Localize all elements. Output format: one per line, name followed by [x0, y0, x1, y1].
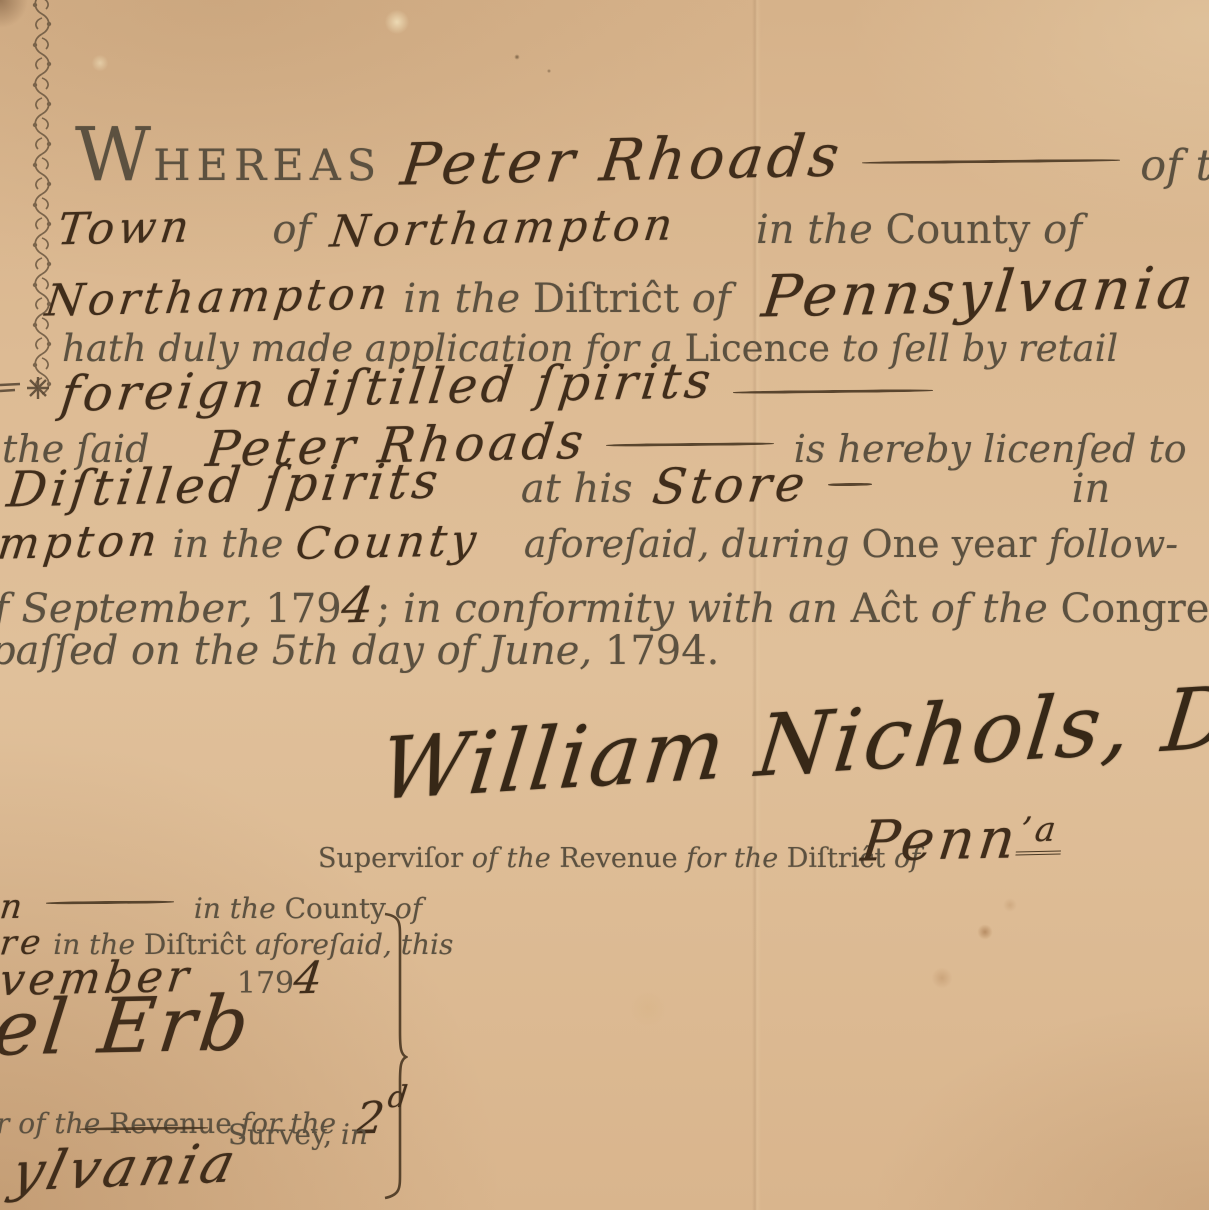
inked-dash	[733, 389, 933, 394]
text-segment: in the	[194, 892, 285, 925]
text-segment: in	[341, 1118, 368, 1151]
text-segment: September,	[22, 586, 266, 632]
asterisk-ornament	[0, 368, 62, 408]
text-segment: in conformity with	[403, 586, 788, 632]
inked-dash	[862, 158, 1120, 164]
penn-abbreviation: Penn’a	[862, 812, 1064, 871]
inked-dash	[80, 1126, 208, 1130]
text-segment: paſſed on the 5th day of	[0, 628, 488, 674]
text-segment: at his	[521, 466, 633, 512]
document-line-store: Diſtilled ſpiritsat hisStorein	[8, 460, 1110, 511]
text-segment: Survey,	[228, 1118, 341, 1151]
text-segment: County	[285, 892, 395, 925]
text-segment: aforeſaid, during	[524, 522, 862, 566]
text-segment: Penn	[858, 810, 1022, 872]
text-segment: of	[272, 207, 311, 253]
inked-dash	[828, 482, 872, 485]
text-segment: Pennsylvania	[759, 257, 1200, 327]
text-segment: Aĉt	[851, 586, 931, 632]
inked-dash	[606, 442, 774, 447]
text-segment: Town	[55, 205, 195, 254]
signature-erb: el Erb	[0, 983, 257, 1068]
document-line-district: Northampton in the Diſtriĉt of Pennsylva…	[46, 262, 1196, 323]
text-segment: One year	[862, 522, 1049, 566]
text-segment: Store	[649, 458, 811, 513]
text-segment: foreign diſtilled ſpirits	[58, 355, 717, 420]
text-segment: in the	[756, 207, 886, 253]
text-segment: 4	[339, 580, 380, 632]
text-segment: Peter Rhoads	[398, 125, 846, 195]
supervisor-title-line: Superviſor of the Revenue for the Diſtri…	[318, 845, 920, 873]
text-segment: mpton	[0, 518, 163, 568]
text-segment: in the	[391, 276, 533, 322]
text-segment: of	[1043, 207, 1082, 253]
floral-chain-border-ornament	[24, 0, 60, 396]
text-segment: Diſtilled ſpirits	[4, 455, 444, 515]
text-segment: Congreſs	[1061, 586, 1209, 632]
text-segment: in	[1072, 466, 1111, 512]
text-segment: County	[886, 207, 1044, 253]
text-segment: of the	[472, 843, 560, 874]
text-segment: Superviſor	[318, 843, 472, 874]
text-segment: June,	[488, 628, 605, 674]
document-line-september: f September, 1794; in conformity with an…	[0, 580, 1209, 631]
text-segment: of	[692, 276, 744, 322]
text-segment: W	[75, 112, 153, 198]
text-segment: ’a	[1016, 813, 1066, 856]
document-line-act-date: paſſed on the 5th day of June, 1794.	[0, 630, 719, 672]
text-segment: Diſtriĉt	[533, 276, 692, 322]
text-segment: follow-	[1049, 522, 1179, 566]
text-segment: Northampton	[43, 271, 394, 324]
text-segment: an	[788, 586, 850, 632]
text-segment: for the	[686, 843, 787, 874]
text-segment: County	[293, 518, 482, 568]
document-line-town: TownofNorthamptonin the County of	[58, 206, 1082, 252]
text-segment: f	[0, 586, 22, 632]
text-segment: ;	[377, 586, 403, 632]
inked-dash	[46, 900, 174, 904]
signature-william-nichols: William Nichols, Dy	[376, 670, 1209, 815]
text-segment: 4	[291, 956, 329, 1003]
text-segment: 179	[265, 586, 341, 632]
text-segment: in the	[160, 522, 295, 566]
text-segment: HEREAS	[153, 141, 382, 191]
attestation-line-county: nin the County of	[0, 890, 422, 926]
document-line-one-year: mpton in the Countyaforeſaid, during One…	[0, 520, 1178, 566]
document-line-foreign-spirits: foreign diſtilled ſpirits	[62, 362, 933, 413]
text-segment: of the	[931, 586, 1061, 632]
text-segment: n	[0, 890, 28, 926]
curly-brace	[382, 912, 408, 1200]
text-segment: Revenue	[559, 843, 686, 874]
text-segment: Northampton	[328, 202, 679, 255]
text-segment: ylvania	[6, 1135, 244, 1201]
text-segment: of the	[1140, 141, 1209, 191]
document-line-whereas: WHEREASPeter Rhoadsof the	[75, 126, 1209, 191]
attestation-line-pennsylvania: ylvania	[10, 1138, 240, 1199]
scanned-document-1794-licence: WHEREASPeter Rhoadsof the TownofNorthamp…	[0, 0, 1209, 1210]
text-segment: 1794.	[605, 628, 720, 674]
